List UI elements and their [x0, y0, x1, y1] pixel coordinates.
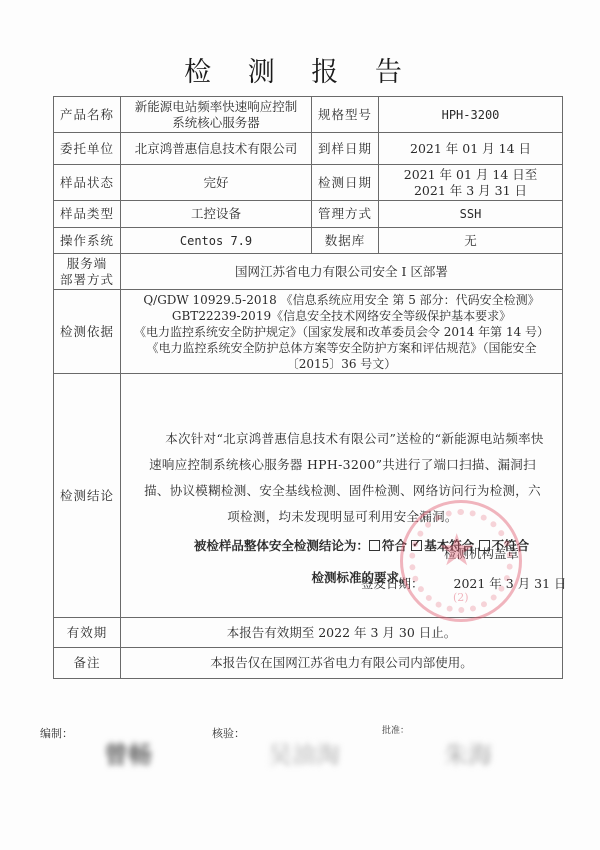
label-basis: 检测依据 [54, 290, 121, 374]
verified-label: 核验： [212, 725, 245, 741]
value-product-name: 新能源电站频率快速响应控制 系统核心服务器 [121, 97, 312, 133]
row-basis: 检测依据 Q/GDW 10929.5-2018 《信息系统应用安全 第 5 部分… [54, 290, 563, 374]
checkbox-checked-icon [411, 540, 422, 551]
value-test-date: 2021 年 01 月 14 日至 2021 年 3 月 31 日 [379, 165, 563, 201]
value-conclusion: 本次针对“北京鸿普惠信息技术有限公司”送检的“新能源电站频率快速响应控制系统核心… [121, 374, 563, 618]
label-management: 管理方式 [312, 201, 379, 228]
value-sample-type: 工控设备 [121, 201, 312, 228]
value-remarks: 本报告仅在国网江苏省电力有限公司内部使用。 [121, 648, 563, 679]
approved-label: 批准： [382, 723, 409, 736]
value-database: 无 [379, 228, 563, 254]
issue-date-label: 签发日期： [361, 576, 424, 591]
value-sample-state: 完好 [121, 165, 312, 201]
approved-signature: 朱海 [444, 735, 492, 765]
row-remarks: 备注 本报告仅在国网江苏省电力有限公司内部使用。 [54, 648, 563, 679]
label-arrival-date: 到样日期 [312, 133, 379, 165]
value-deployment: 国网江苏省电力有限公司安全 I 区部署 [121, 254, 563, 290]
value-model: HPH-3200 [379, 97, 563, 133]
value-client: 北京鸿普惠信息技术有限公司 [121, 133, 312, 165]
test-date-end: 2021 年 3 月 31 日 [383, 183, 558, 199]
row-validity: 有效期 本报告有效期至 2022 年 3 月 30 日止。 [54, 618, 563, 648]
row-sample-state: 样品状态 完好 检测日期 2021 年 01 月 14 日至 2021 年 3 … [54, 165, 563, 201]
deployment-label-line2: 部署方式 [58, 272, 116, 288]
seal-label: 检测机构盖章 [444, 546, 519, 562]
basis-line: 〔2015〕36 号文） [125, 356, 558, 372]
product-name-line2: 系统核心服务器 [125, 115, 307, 131]
compiled-signature: 曾畅 [104, 735, 152, 765]
row-client: 委托单位 北京鸿普惠信息技术有限公司 到样日期 2021 年 01 月 14 日 [54, 133, 563, 165]
option-comply: 符合 [382, 538, 407, 553]
issue-date-value: 2021 年 3 月 31 日 [454, 576, 567, 591]
checkbox-icon [369, 540, 380, 551]
label-sample-type: 样品类型 [54, 201, 121, 228]
value-basis: Q/GDW 10929.5-2018 《信息系统应用安全 第 5 部分：代码安全… [121, 290, 563, 374]
row-deployment: 服务端 部署方式 国网江苏省电力有限公司安全 I 区部署 [54, 254, 563, 290]
test-date-start: 2021 年 01 月 14 日至 [383, 167, 558, 183]
label-client: 委托单位 [54, 133, 121, 165]
report-title: 检 测 报 告 [0, 50, 600, 89]
label-validity: 有效期 [54, 618, 121, 648]
basis-line: Q/GDW 10929.5-2018 《信息系统应用安全 第 5 部分：代码安全… [125, 292, 558, 308]
value-os: Centos 7.9 [121, 228, 312, 254]
row-product-name: 产品名称 新能源电站频率快速响应控制 系统核心服务器 规格型号 HPH-3200 [54, 97, 563, 133]
label-conclusion: 检测结论 [54, 374, 121, 618]
value-validity: 本报告有效期至 2022 年 3 月 30 日止。 [121, 618, 563, 648]
row-os: 操作系统 Centos 7.9 数据库 无 [54, 228, 563, 254]
deployment-label-line1: 服务端 [58, 256, 116, 272]
conclusion-body: 本次针对“北京鸿普惠信息技术有限公司”送检的“新能源电站频率快速响应控制系统核心… [125, 406, 558, 530]
basis-line: 《电力监控系统安全防护规定》（国家发展和改革委员会令 2014 年第 14 号） [125, 324, 558, 340]
compiled-label: 编制： [40, 725, 73, 741]
label-sample-state: 样品状态 [54, 165, 121, 201]
label-database: 数据库 [312, 228, 379, 254]
label-test-date: 检测日期 [312, 165, 379, 201]
basis-line: GBT22239-2019《信息安全技术网络安全等级保护基本要求》 [125, 308, 558, 324]
label-model: 规格型号 [312, 97, 379, 133]
label-os: 操作系统 [54, 228, 121, 254]
label-product-name: 产品名称 [54, 97, 121, 133]
basis-line: 《电力监控系统安全防护总体方案等安全防护方案和评估规范》（国能安全 [125, 340, 558, 356]
verdict-prefix: 被检样品整体安全检测结论为： [194, 538, 369, 553]
value-management: SSH [379, 201, 563, 228]
label-deployment: 服务端 部署方式 [54, 254, 121, 290]
report-table: 产品名称 新能源电站频率快速响应控制 系统核心服务器 规格型号 HPH-3200… [53, 96, 563, 679]
verified-signature: 吴油淘 [268, 735, 340, 765]
product-name-line1: 新能源电站频率快速响应控制 [125, 99, 307, 115]
value-arrival-date: 2021 年 01 月 14 日 [379, 133, 563, 165]
row-sample-type: 样品类型 工控设备 管理方式 SSH [54, 201, 563, 228]
issue-date-line: 签发日期：2021 年 3 月 31 日 [361, 576, 567, 592]
row-conclusion: 检测结论 本次针对“北京鸿普惠信息技术有限公司”送检的“新能源电站频率快速响应控… [54, 374, 563, 618]
label-remarks: 备注 [54, 648, 121, 679]
